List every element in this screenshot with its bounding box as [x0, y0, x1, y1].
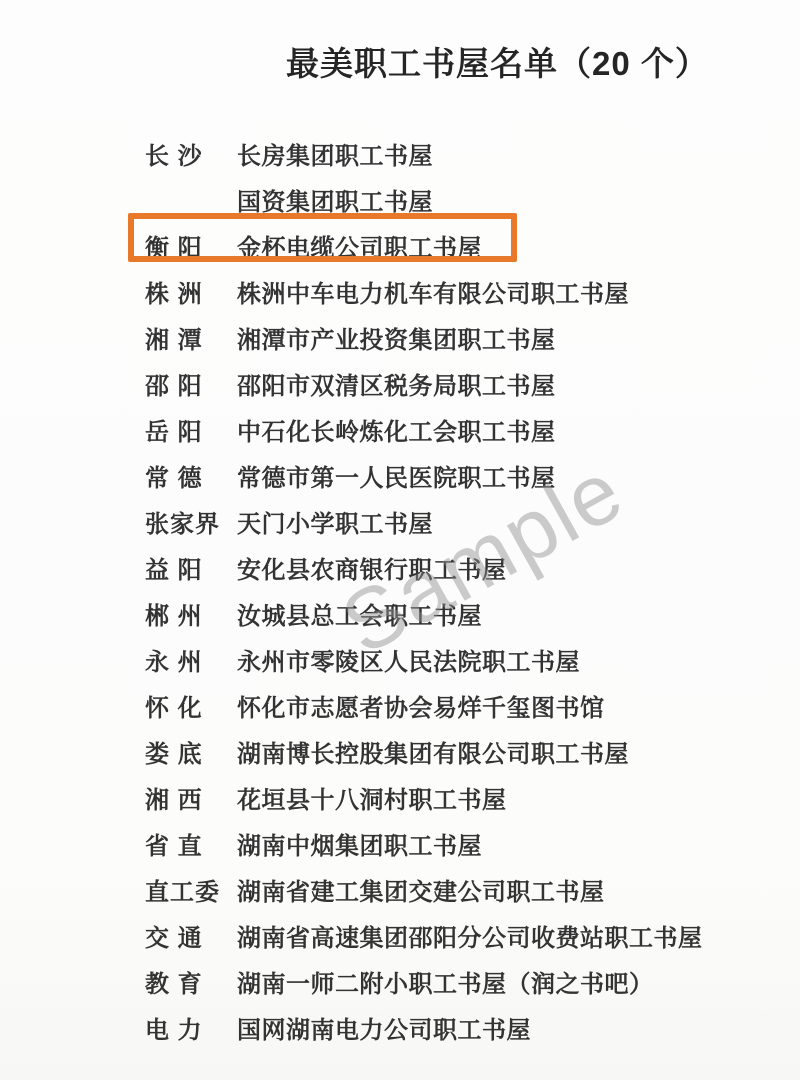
city-label: 郴 州	[145, 596, 237, 631]
bookhouse-name: 中石化长岭炼化工会职工书屋	[237, 412, 556, 447]
bookhouse-name: 湖南一师二附小职工书屋（润之书吧）	[237, 964, 654, 999]
city-label: 交 通	[145, 918, 237, 953]
list-item: 株 洲株洲中车电力机车有限公司职工书屋	[145, 268, 703, 314]
city-label: 张家界	[145, 504, 237, 539]
bookhouse-name: 湖南省建工集团交建公司职工书屋	[237, 872, 605, 907]
city-label: 教 育	[145, 964, 237, 999]
list-item: 教 育湖南一师二附小职工书屋（润之书吧）	[145, 958, 703, 1004]
bookhouse-name: 常德市第一人民医院职工书屋	[237, 458, 556, 493]
list-item: 湘 潭湘潭市产业投资集团职工书屋	[145, 314, 703, 360]
bookhouse-name: 湘潭市产业投资集团职工书屋	[237, 320, 556, 355]
list-item: 电 力国网湖南电力公司职工书屋	[145, 1004, 703, 1050]
book-house-list: 长 沙长房集团职工书屋国资集团职工书屋衡 阳金杯电缆公司职工书屋株 洲株洲中车电…	[145, 130, 703, 1050]
bookhouse-name: 湖南省高速集团邵阳分公司收费站职工书屋	[237, 918, 703, 953]
bookhouse-name: 安化县农商银行职工书屋	[237, 550, 507, 585]
list-item: 交 通湖南省高速集团邵阳分公司收费站职工书屋	[145, 912, 703, 958]
list-item: 娄 底湖南博长控股集团有限公司职工书屋	[145, 728, 703, 774]
document-page: 最美职工书屋名单（20 个） 长 沙长房集团职工书屋国资集团职工书屋衡 阳金杯电…	[0, 0, 800, 1080]
bookhouse-name: 怀化市志愿者协会易烊千玺图书馆	[237, 688, 605, 723]
city-label: 电 力	[145, 1010, 237, 1045]
list-item: 岳 阳中石化长岭炼化工会职工书屋	[145, 406, 703, 452]
list-item: 省 直湖南中烟集团职工书屋	[145, 820, 703, 866]
list-item: 张家界天门小学职工书屋	[145, 498, 703, 544]
city-label: 娄 底	[145, 734, 237, 769]
city-label: 省 直	[145, 826, 237, 861]
list-item: 永 州永州市零陵区人民法院职工书屋	[145, 636, 703, 682]
list-item: 常 德常德市第一人民医院职工书屋	[145, 452, 703, 498]
bookhouse-name: 长房集团职工书屋	[237, 136, 433, 171]
bookhouse-name: 国资集团职工书屋	[237, 182, 433, 217]
list-item: 湘 西花垣县十八洞村职工书屋	[145, 774, 703, 820]
city-label: 直工委	[145, 872, 237, 907]
city-label: 长 沙	[145, 136, 237, 171]
bookhouse-name: 湖南中烟集团职工书屋	[237, 826, 482, 861]
bookhouse-name: 株洲中车电力机车有限公司职工书屋	[237, 274, 629, 309]
city-label: 益 阳	[145, 550, 237, 585]
bookhouse-name: 金杯电缆公司职工书屋	[237, 228, 482, 263]
bookhouse-name: 邵阳市双清区税务局职工书屋	[237, 366, 556, 401]
list-item: 邵 阳邵阳市双清区税务局职工书屋	[145, 360, 703, 406]
bookhouse-name: 天门小学职工书屋	[237, 504, 433, 539]
bookhouse-name: 永州市零陵区人民法院职工书屋	[237, 642, 580, 677]
city-label: 常 德	[145, 458, 237, 493]
city-label: 邵 阳	[145, 366, 237, 401]
city-label: 永 州	[145, 642, 237, 677]
page-title: 最美职工书屋名单（20 个）	[286, 38, 709, 85]
city-label: 株 洲	[145, 274, 237, 309]
list-item: 直工委湖南省建工集团交建公司职工书屋	[145, 866, 703, 912]
list-item: 国资集团职工书屋	[145, 176, 703, 222]
city-label: 岳 阳	[145, 412, 237, 447]
bookhouse-name: 花垣县十八洞村职工书屋	[237, 780, 507, 815]
list-item: 长 沙长房集团职工书屋	[145, 130, 703, 176]
bookhouse-name: 湖南博长控股集团有限公司职工书屋	[237, 734, 629, 769]
list-item: 怀 化怀化市志愿者协会易烊千玺图书馆	[145, 682, 703, 728]
city-label: 衡 阳	[145, 228, 237, 263]
list-item-highlighted: 衡 阳金杯电缆公司职工书屋	[145, 222, 703, 268]
list-item: 郴 州汝城县总工会职工书屋	[145, 590, 703, 636]
city-label: 怀 化	[145, 688, 237, 723]
city-label: 湘 潭	[145, 320, 237, 355]
city-label: 湘 西	[145, 780, 237, 815]
bookhouse-name: 汝城县总工会职工书屋	[237, 596, 482, 631]
bookhouse-name: 国网湖南电力公司职工书屋	[237, 1010, 531, 1045]
list-item: 益 阳安化县农商银行职工书屋	[145, 544, 703, 590]
